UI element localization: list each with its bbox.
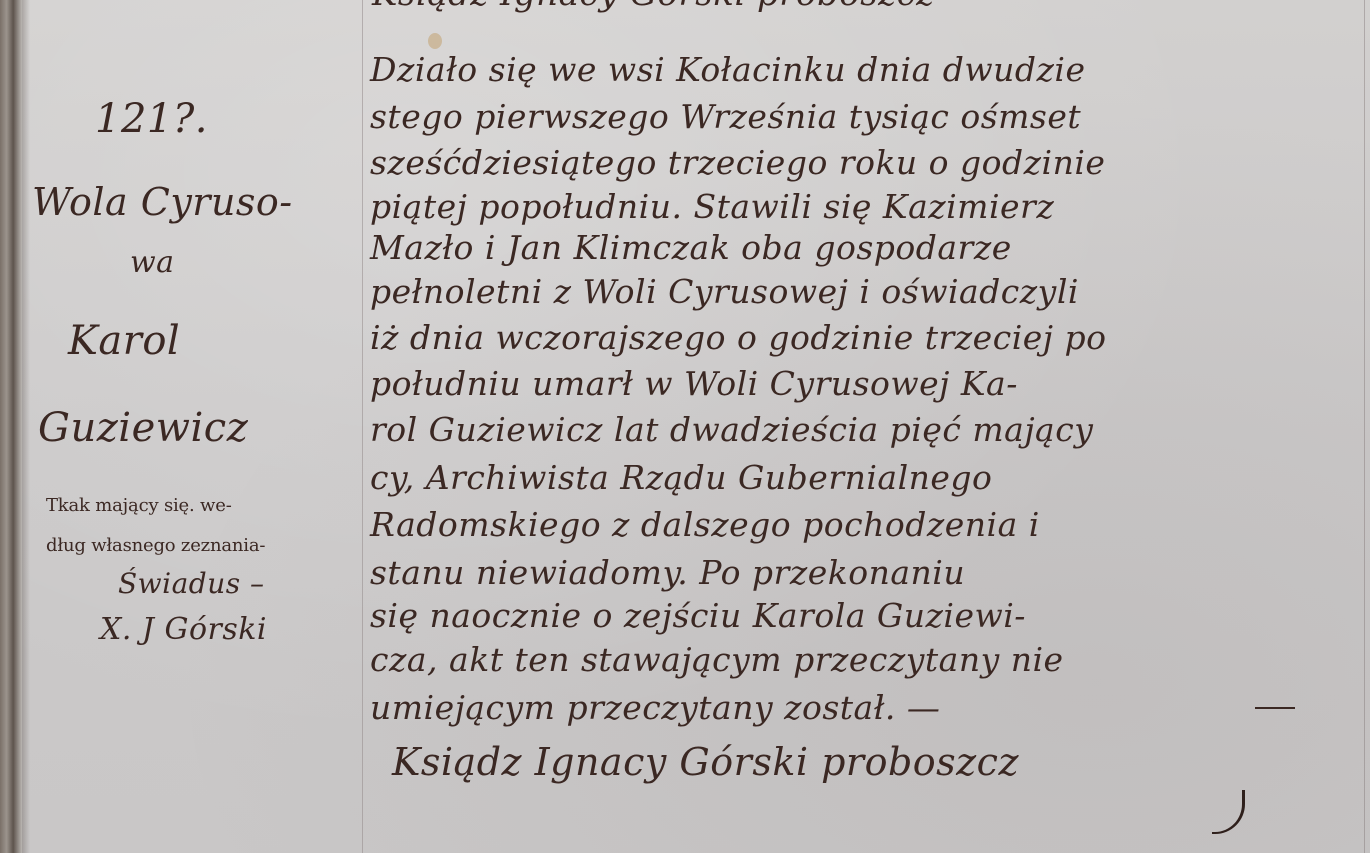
body-line-7: iż dnia wczorajszego o godzinie trzeciej…	[370, 318, 1107, 357]
register-page: 121?. Wola Cyruso- wa Karol Guziewicz Tk…	[0, 0, 1370, 853]
body-line-5: Mazło i Jan Klimczak oba gospodarze	[370, 228, 1012, 267]
end-dash	[1255, 707, 1295, 709]
margin-priest-signature: X. J Górski	[100, 612, 267, 647]
margin-rule-line	[362, 0, 363, 853]
body-line-11: Radomskiego z dalszego pochodzenia i	[370, 505, 1040, 544]
binding-shadow	[22, 0, 30, 853]
body-line-1: Działo się we wsi Kołacinku dnia dwudzie	[370, 50, 1085, 89]
margin-witness-note: Świadus –	[118, 567, 265, 600]
book-binding-edge	[0, 0, 22, 853]
priest-signature: Ksiądz Ignacy Górski proboszcz	[392, 740, 1019, 784]
body-line-2: stego pierwszego Września tysiąc ośmset	[370, 97, 1081, 136]
right-rule-line	[1364, 0, 1365, 853]
margin-note-line-2: dług własnego zeznania-	[46, 535, 265, 556]
body-line-3: sześćdziesiątego trzeciego roku o godzin…	[370, 143, 1105, 182]
body-line-13: się naocznie o zejściu Karola Guziewi-	[370, 596, 1026, 635]
body-line-6: pełnoletni z Woli Cyrusowej i oświadczyl…	[370, 272, 1079, 311]
body-line-14: cza, akt ten stawającym przeczytany nie	[370, 640, 1064, 679]
paper-stain	[428, 33, 442, 49]
signature-flourish	[1212, 790, 1245, 834]
body-line-15: umiejącym przeczytany został. —	[370, 688, 940, 727]
body-line-12: stanu niewiadomy. Po przekonaniu	[370, 553, 965, 592]
previous-entry-signature-line: Ksiądz Ignacy Górski proboszcz	[372, 0, 935, 14]
margin-place-line-1: Wola Cyruso-	[32, 180, 293, 224]
margin-deceased-surname: Guziewicz	[38, 405, 248, 451]
margin-deceased-first-name: Karol	[68, 318, 180, 364]
margin-place-line-2: wa	[130, 245, 175, 280]
body-line-4: piątej popołudniu. Stawili się Kazimierz	[370, 187, 1054, 226]
body-line-10: cy, Archiwista Rządu Gubernialnego	[370, 458, 992, 497]
body-line-8: południu umarł w Woli Cyrusowej Ka-	[370, 364, 1018, 403]
body-line-9: rol Guziewicz lat dwadzieścia pięć mając…	[370, 410, 1093, 449]
margin-note-line-1: Tkak mający się. we-	[46, 495, 232, 516]
entry-number: 121?.	[95, 96, 208, 142]
